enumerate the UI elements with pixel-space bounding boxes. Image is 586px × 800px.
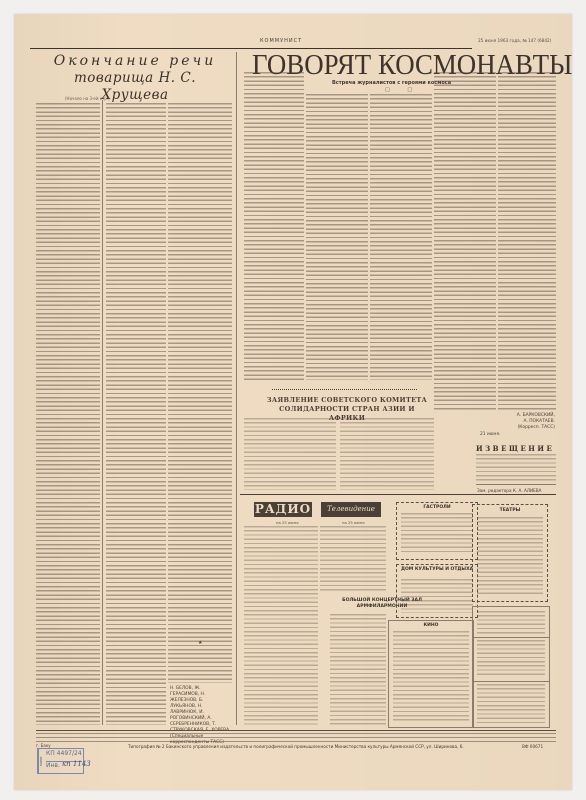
- left-text-column-3: [168, 103, 232, 683]
- section-divider: [240, 494, 556, 495]
- tours-title: ГАСТРОЛИ: [397, 505, 477, 510]
- footer-rule: [36, 730, 556, 731]
- radio-date: на 25 июня: [276, 520, 299, 525]
- masthead-rule: [30, 48, 472, 49]
- main-text-column-1: [244, 72, 304, 380]
- column-divider: [236, 52, 237, 725]
- tv-schedule: [320, 526, 386, 592]
- stamp-side-label: МИНИ: [38, 749, 45, 773]
- notice-text: [476, 454, 556, 482]
- left-text-column-1: [36, 103, 100, 725]
- main-text-column-4: [434, 72, 496, 412]
- main-article-date: 21 июня.: [480, 432, 510, 438]
- theatre-box: ТЕАТРЫ: [472, 504, 548, 602]
- section-star-icon: ★: [198, 640, 202, 646]
- printer-line: Типография № 2 Бакинского управления изд…: [128, 744, 464, 749]
- condolences-box: [472, 606, 550, 728]
- left-text-column-2: [106, 103, 166, 725]
- order-number: ВФ 00671: [522, 744, 543, 749]
- tv-logo: Телевидение: [321, 502, 381, 517]
- column-divider: [102, 100, 103, 725]
- issue-date: 25 июня 1963 года, № 147 (6842): [478, 38, 551, 43]
- radio-logo: РАДИО: [254, 502, 312, 517]
- stamp-handwriting: кп 1143: [62, 760, 91, 768]
- tours-box: ГАСТРОЛИ: [396, 502, 478, 560]
- culture-house-box: ДОМ КУЛЬТУРЫ И ОТДЫХА: [396, 564, 478, 618]
- stamp-row1: КП 4497/24: [46, 750, 82, 757]
- theatre-title: ТЕАТРЫ: [473, 508, 547, 513]
- concert-program: [330, 614, 386, 726]
- dotted-divider: [272, 389, 417, 390]
- statement-text-column-2: [340, 418, 434, 490]
- main-text-column-5: [498, 72, 556, 412]
- cinema-title: КИНО: [389, 623, 473, 628]
- cinema-box: КИНО: [388, 620, 474, 728]
- notice-title: ИЗВЕЩЕНИЕ: [476, 444, 554, 453]
- deputy-editor: Зам. редактора К. А. АЛИЕВА: [477, 488, 542, 493]
- left-title-line1: Окончание речи: [40, 53, 230, 70]
- radio-schedule: [244, 526, 318, 726]
- subheadline-marks: □ □: [385, 87, 420, 93]
- notice-divider: [476, 484, 556, 485]
- culture-house-title: ДОМ КУЛЬТУРЫ И ОТДЫХА: [397, 567, 477, 572]
- main-text-column-2: [306, 94, 368, 380]
- tv-date: на 25 июня: [342, 520, 365, 525]
- statement-text-column-1: [244, 418, 336, 490]
- main-article-signatures: А. БАРКОВСКИЙ, А. ПОКАТАЕВ. (Корресп. ТА…: [480, 413, 555, 431]
- main-text-column-3: [370, 94, 432, 380]
- newspaper-name: КОММУНИСТ: [260, 38, 302, 44]
